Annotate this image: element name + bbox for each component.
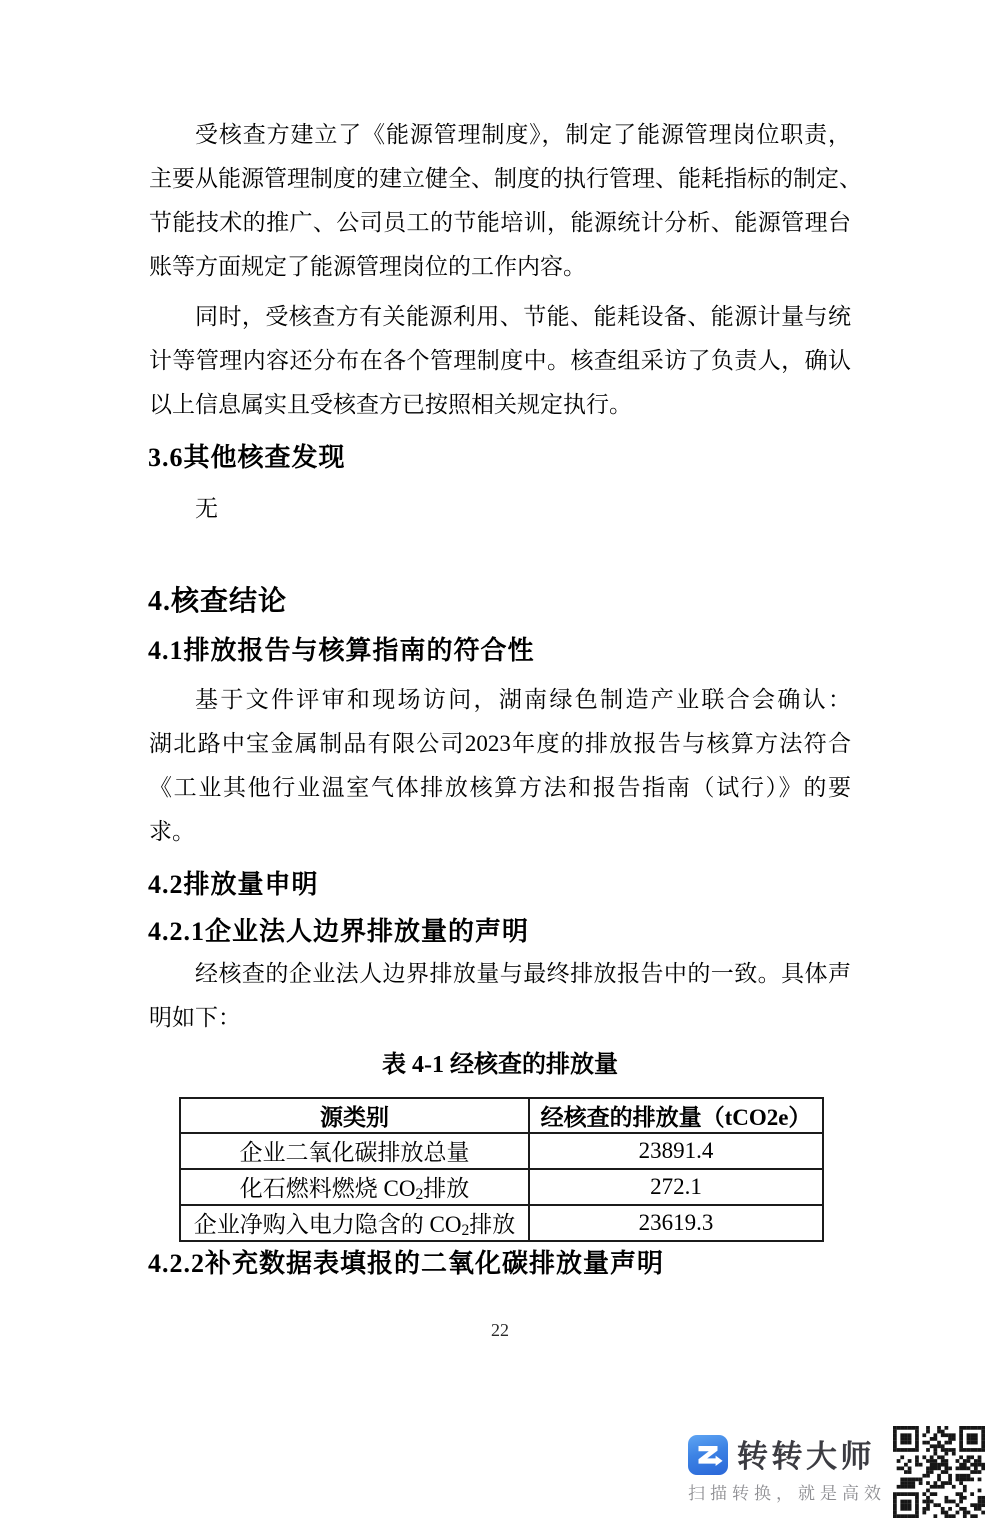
cell-value: 23619.3 [529,1205,823,1241]
text-line: 《工业其他行业温室气体排放核算方法和报告指南（试行）》的要 [149,766,851,810]
text-line: 主要从能源管理制度的建立健全、制度的执行管理、能耗指标的制定、 [149,157,851,201]
cell-source: 企业二氧化碳排放总量 [180,1133,529,1169]
paragraph-verified-emissions: 经核查的企业法人边界排放量与最终排放报告中的一致。具体声 明如下： [149,952,851,1040]
heading-4-1-compliance: 4.1排放报告与核算指南的符合性 [148,633,535,669]
brand-name: 转转大师 [737,1437,875,1477]
text-line: 明如下： [149,996,851,1040]
paragraph-energy-system: 受核查方建立了《能源管理制度》，制定了能源管理岗位职责， 主要从能源管理制度的建… [149,113,851,289]
table-row: 企业净购入电力隐含的 CO2排放 23619.3 [180,1205,823,1241]
heading-4-2-emission-statement: 4.2排放量申明 [148,867,319,903]
text-line: 受核查方建立了《能源管理制度》，制定了能源管理岗位职责， [149,113,851,157]
tagline: 扫描转换，就是高效 [688,1483,886,1505]
text-line: 以上信息属实且受核查方已按照相关规定执行。 [149,383,851,427]
text-line: 无 [149,487,851,531]
page-number: 22 [0,1320,1000,1341]
column-header-verified-emissions: 经核查的排放量（tCO2e） [529,1098,823,1133]
cell-value: 23891.4 [529,1133,823,1169]
table-row: 化石燃料燃烧 CO2排放 272.1 [180,1169,823,1205]
text-line: 经核查的企业法人边界排放量与最终排放报告中的一致。具体声 [149,952,851,996]
text-line: 基于文件评审和现场访问，湖南绿色制造产业联合会确认： [149,678,851,722]
zhuanzhuan-logo-icon [688,1435,728,1475]
text-line: 同时，受核查方有关能源利用、节能、能耗设备、能源计量与统 [149,295,851,339]
table-row: 企业二氧化碳排放总量 23891.4 [180,1133,823,1169]
cell-source: 化石燃料燃烧 CO2排放 [180,1169,529,1205]
emissions-table: 源类别 经核查的排放量（tCO2e） 企业二氧化碳排放总量 23891.4 化石… [179,1097,824,1242]
cell-value: 272.1 [529,1169,823,1205]
text-line: 求。 [149,810,851,854]
column-header-source: 源类别 [180,1098,529,1133]
heading-4-conclusion: 4.核查结论 [148,584,287,620]
document-page: 受核查方建立了《能源管理制度》，制定了能源管理岗位职责， 主要从能源管理制度的建… [0,0,1000,1532]
text-line: 湖北路中宝金属制品有限公司2023年度的排放报告与核算方法符合 [149,722,851,766]
text-line: 节能技术的推广、公司员工的节能培训，能源统计分析、能源管理台 [149,201,851,245]
z-arrow-glyph [688,1435,728,1475]
paragraph-management-content: 同时，受核查方有关能源利用、节能、能耗设备、能源计量与统 计等管理内容还分布在各… [149,295,851,427]
qr-code [893,1426,985,1518]
text-line: 账等方面规定了能源管理岗位的工作内容。 [149,245,851,289]
cell-source: 企业净购入电力隐含的 CO2排放 [180,1205,529,1241]
text-line: 计等管理内容还分布在各个管理制度中。核查组采访了负责人，确认 [149,339,851,383]
paragraph-compliance-statement: 基于文件评审和现场访问，湖南绿色制造产业联合会确认： 湖北路中宝金属制品有限公司… [149,678,851,854]
table-caption: 表 4-1 经核查的排放量 [0,1048,1000,1082]
paragraph-none: 无 [149,487,851,531]
heading-4-2-1-legal-boundary: 4.2.1企业法人边界排放量的声明 [148,914,529,950]
heading-4-2-2-supplementary-data: 4.2.2补充数据表填报的二氧化碳排放量声明 [148,1246,664,1282]
table-header-row: 源类别 经核查的排放量（tCO2e） [180,1098,823,1133]
heading-3-6-other-findings: 3.6其他核查发现 [148,440,346,476]
